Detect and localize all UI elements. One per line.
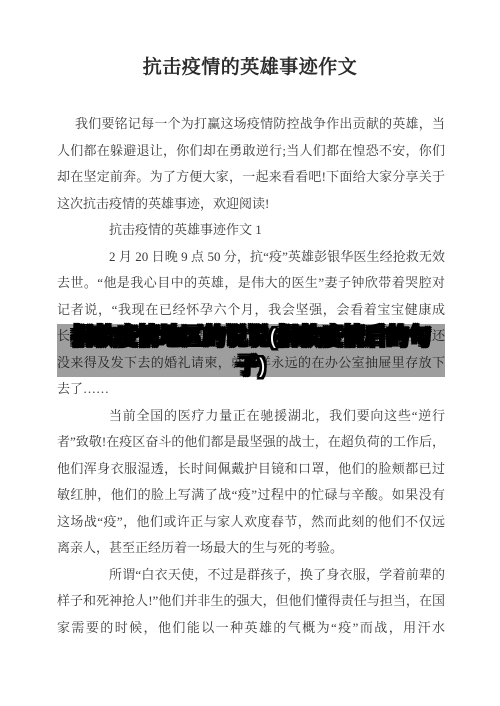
section-heading: 抗击疫情的英雄事迹作文 1 [57,217,445,244]
body-paragraph-2: 当前全国的医疗力量正在驰援湖北，我们要向这些“逆行者”致敬!在疫区奋斗的他们都是… [57,403,445,562]
body-paragraph-3: 所谓“白衣天使，不过是群孩子，换了身衣服，学着前辈的样子和死神抢人!”他们并非生… [57,562,445,642]
watermark-title: 捐款疫情地区的说说(捐款疫情后的句 子) [56,322,446,380]
intro-paragraph: 我们要铭记每一个为打赢这场疫情防控战争作出贡献的英雄，当人们都在躲避退让，你们却… [57,111,445,217]
essay-page: 抗击疫情的英雄事迹作文 我们要铭记每一个为打赢这场疫情防控战争作出贡献的英雄，当… [0,0,500,706]
watermark-title-line-2: 子) [56,351,446,380]
watermark-title-line-1: 捐款疫情地区的说说(捐款疫情后的句 [56,322,446,351]
page-title: 抗击疫情的英雄事迹作文 [0,54,500,82]
